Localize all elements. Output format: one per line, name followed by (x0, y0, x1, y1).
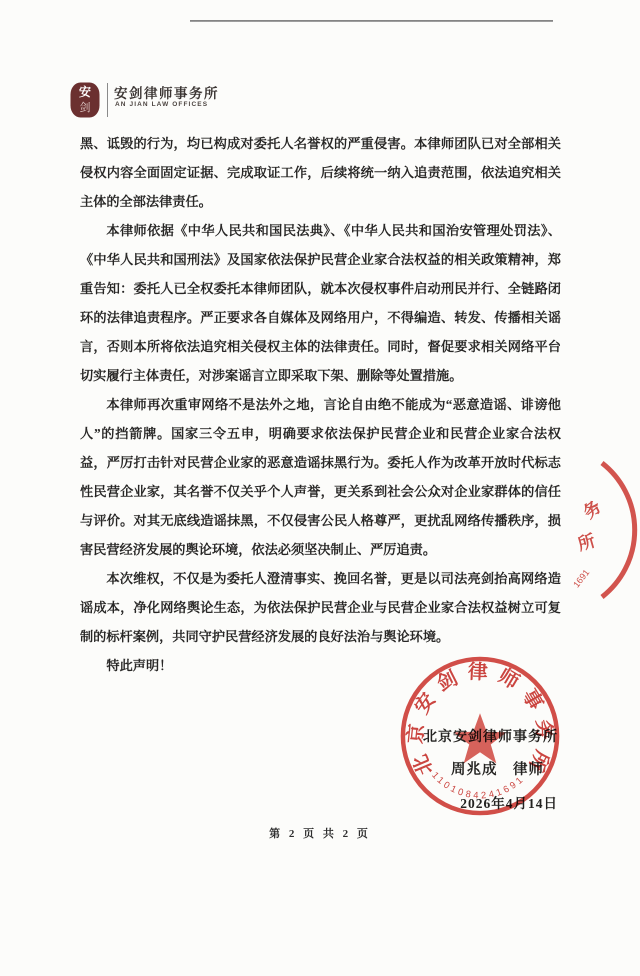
paragraph-2: 本律师依据《中华人民共和国民法典》、《中华人民共和国治安管理处罚法》、《中华人民… (80, 216, 561, 390)
edge-seal-stamp: 务 所 1691 (570, 455, 640, 605)
svg-text:安: 安 (79, 84, 91, 99)
firm-name-en: AN JIAN LAW OFFICES (115, 101, 208, 108)
letterhead-rule (190, 20, 553, 22)
signature-date: 2026年4月14日 (423, 787, 558, 820)
page-number: 第 2 页 共 2 页 (0, 825, 640, 841)
logo-divider (107, 83, 108, 117)
firm-logo-seal-icon: 安 剑 (70, 82, 100, 118)
edge-seal-number: 1691 (571, 567, 591, 589)
edge-seal-char-2: 所 (575, 530, 597, 554)
paragraph-3: 本律师再次重审网络不是法外之地，言论自由绝不能成为“恶意造谣、诽谤他人”的挡箭牌… (80, 390, 561, 564)
svg-text:剑: 剑 (80, 100, 91, 114)
paragraph-4: 本次维权，不仅是为委托人澄清事实、挽回名誉，更是以司法亮剑抬高网络造谣成本，净化… (80, 564, 561, 651)
firm-name-cn: 安剑律师事务所 (114, 82, 219, 102)
signature-block: 北京安剑律师事务所 周兆成 律师 2026年4月14日 (423, 722, 558, 820)
signature-firm: 北京安剑律师事务所 (423, 722, 558, 754)
edge-seal-char-1: 务 (579, 496, 605, 522)
closing-statement: 特此声明！ (80, 651, 561, 680)
paragraph-1: 黑、诋毁的行为，均已构成对委托人名誉权的严重侵害。本律师团队已对全部相关侵权内容… (80, 129, 561, 216)
signature-lawyer: 周兆成 律师 (423, 754, 558, 787)
statement-body: 黑、诋毁的行为，均已构成对委托人名誉权的严重侵害。本律师团队已对全部相关侵权内容… (80, 129, 561, 680)
document-page: 安 剑 安剑律师事务所 AN JIAN LAW OFFICES 黑、诋毁的行为，… (0, 0, 640, 976)
